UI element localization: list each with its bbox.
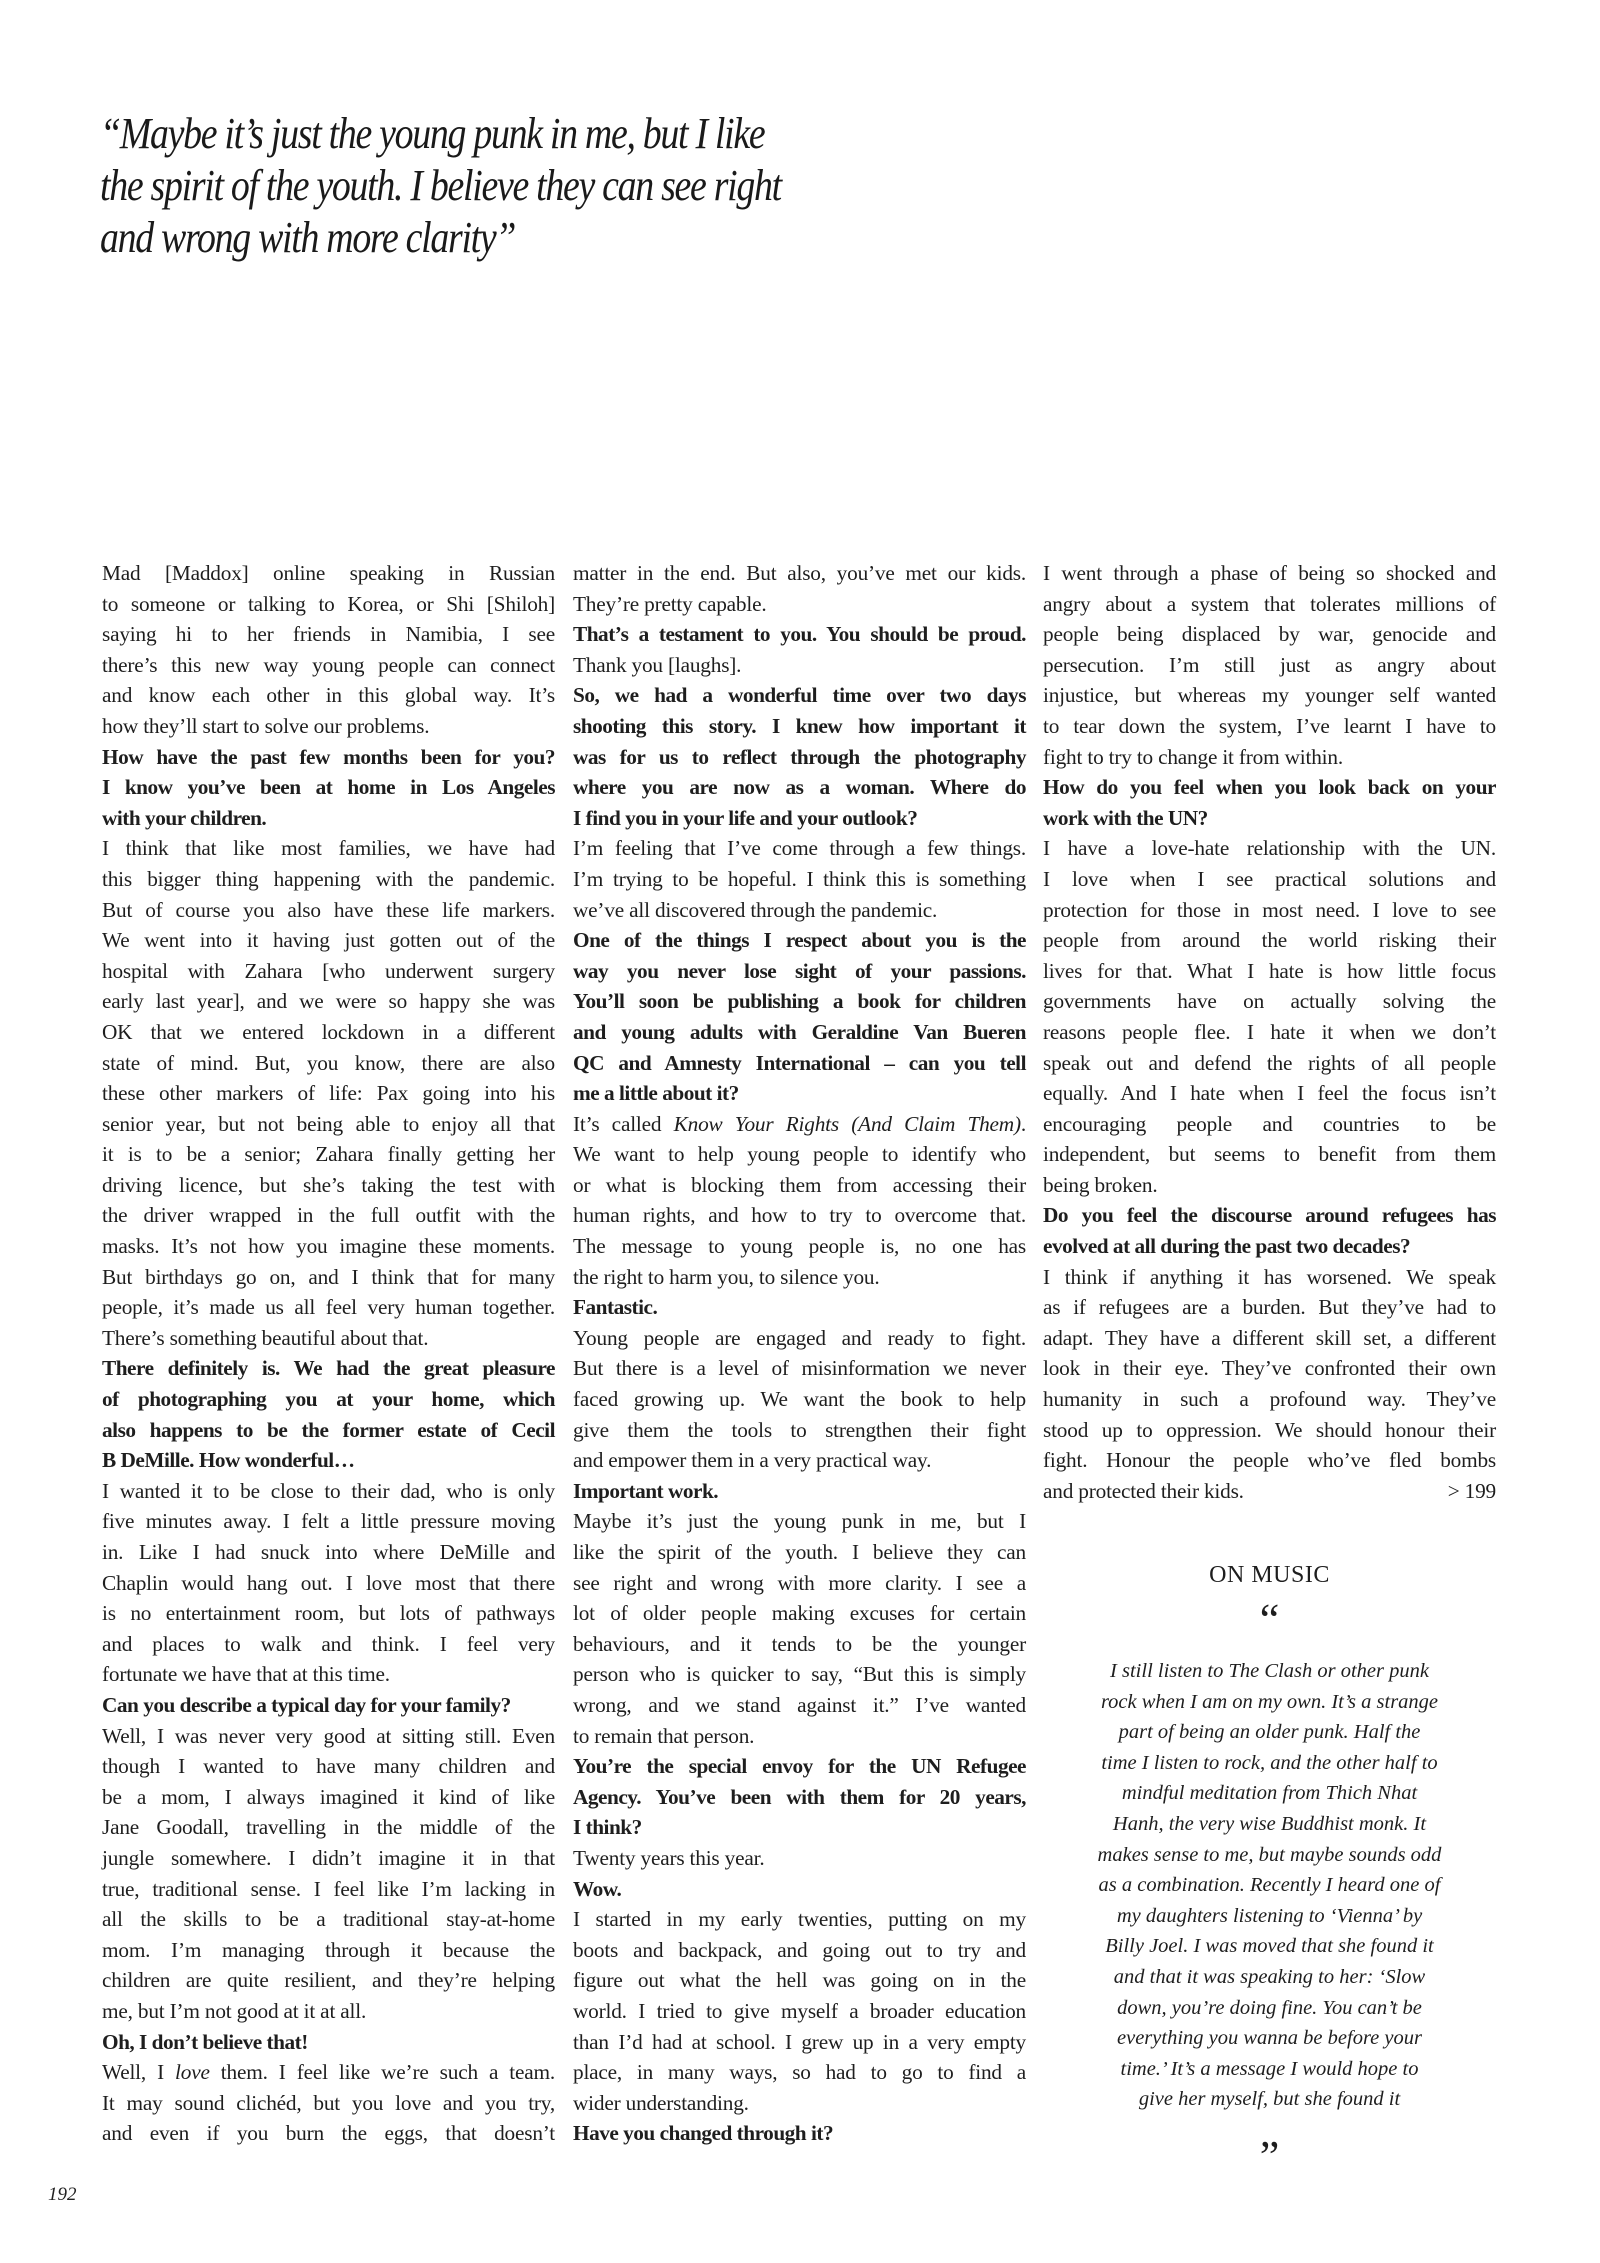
interview-answer-line: and even if you burn the eggs, that does… (102, 2118, 555, 2149)
text-run: humanity in such a profound way. They’ve (1043, 1387, 1496, 1411)
text-run: also happens to be the former estate of … (102, 1418, 555, 1442)
interview-question-line: Have you changed through it? (573, 2118, 1026, 2149)
text-run: in. Like I had snuck into where DeMille … (102, 1540, 555, 1564)
text-run: I went through a phase of being so shock… (1043, 561, 1496, 585)
text-run: look in their eye. They’ve confronted th… (1043, 1356, 1496, 1380)
text-run: Twenty years this year. (573, 1846, 764, 1870)
interview-answer-line: It may sound clichéd, but you love and y… (102, 2088, 555, 2119)
text-run: Can you describe a typical day for your … (102, 1693, 511, 1717)
interview-answer-line: protection for those in most need. I lov… (1043, 895, 1496, 926)
text-run: human rights, and how to try to overcome… (573, 1203, 1026, 1227)
text-run: There definitely is. We had the great pl… (102, 1356, 555, 1380)
interview-answer-line: behaviours, and it tends to be the young… (573, 1629, 1026, 1660)
interview-answer-line: driving licence, but she’s taking the te… (102, 1170, 555, 1201)
interview-answer-line: mom. I’m managing through it because the (102, 1935, 555, 1966)
text-run: being broken. (1043, 1173, 1158, 1197)
text-run: lives for that. What I hate is how littl… (1043, 959, 1496, 983)
sidebar-quote-line: part of being an older punk. Half the (1043, 1717, 1496, 1748)
text-run: to tear down the system, I’ve learnt I h… (1043, 714, 1496, 738)
interview-question-line: Do you feel the discourse around refugee… (1043, 1200, 1496, 1231)
interview-answer-line: place, in many ways, so had to go to fin… (573, 2057, 1026, 2088)
interview-answer-line: early last year], and we were so happy s… (102, 986, 555, 1017)
text-run: faced growing up. We want the book to he… (573, 1387, 1026, 1411)
interview-question-line: Can you describe a typical day for your … (102, 1690, 555, 1721)
interview-answer-line: fortunate we have that at this time. (102, 1659, 555, 1690)
text-run: I wanted it to be close to their dad, wh… (102, 1479, 555, 1503)
page-number: 192 (48, 2184, 77, 2206)
italic-text-run: love (175, 2060, 210, 2084)
interview-question-line: B DeMille. How wonderful… (102, 1445, 555, 1476)
interview-answer-line: senior year, but not being able to enjoy… (102, 1109, 555, 1140)
interview-answer-line: But birthdays go on, and I think that fo… (102, 1262, 555, 1293)
interview-answer-line: There’s something beautiful about that. (102, 1323, 555, 1354)
interview-answer-line: human rights, and how to try to overcome… (573, 1200, 1026, 1231)
interview-answer-line: But of course you also have these life m… (102, 895, 555, 926)
text-run: wider understanding. (573, 2091, 749, 2115)
interview-answer-line: I think if anything it has worsened. We … (1043, 1262, 1496, 1293)
text-run: Important work. (573, 1479, 718, 1503)
interview-answer-line: and places to walk and think. I feel ver… (102, 1629, 555, 1660)
article-column-1: Mad [Maddox] online speaking in Russiant… (102, 558, 555, 2149)
text-run: I’m feeling that I’ve come through a few… (573, 836, 1026, 860)
interview-answer-line: angry about a system that tolerates mill… (1043, 589, 1496, 620)
interview-question-line: of photographing you at your home, which (102, 1384, 555, 1415)
interview-question-line: with your children. (102, 803, 555, 834)
interview-answer-line: encouraging people and countries to be (1043, 1109, 1496, 1140)
text-run: state of mind. But, you know, there are … (102, 1051, 555, 1075)
sidebar-quote-line: I still listen to The Clash or other pun… (1043, 1656, 1496, 1687)
pull-quote-line: the spirit of the youth. I believe they … (100, 160, 874, 212)
text-run: person who is quicker to say, “But this … (573, 1662, 1026, 1686)
text-run: masks. It’s not how you imagine these mo… (102, 1234, 555, 1258)
interview-answer-line: true, traditional sense. I feel like I’m… (102, 1874, 555, 1905)
interview-answer-line: people being displaced by war, genocide … (1043, 619, 1496, 650)
interview-answer-line: wider understanding. (573, 2088, 1026, 2119)
text-run: Jane Goodall, travelling in the middle o… (102, 1815, 555, 1839)
interview-question-line: was for us to reflect through the photog… (573, 742, 1026, 773)
text-run: Thank you [laughs]. (573, 653, 741, 677)
interview-answer-line: these other markers of life: Pax going i… (102, 1078, 555, 1109)
interview-answer-line: five minutes away. I felt a little press… (102, 1506, 555, 1537)
text-run: and empower them in a very practical way… (573, 1448, 931, 1472)
text-run: I think that like most families, we have… (102, 836, 555, 860)
interview-answer-line: or what is blocking them from accessing … (573, 1170, 1026, 1201)
text-run: I have a love-hate relationship with the… (1043, 836, 1496, 860)
text-run: all the skills to be a traditional stay-… (102, 1907, 555, 1931)
on-music-sidebar: ON MUSIC “ I still listen to The Clash o… (1043, 1560, 1496, 2177)
interview-answer-line: in. Like I had snuck into where DeMille … (102, 1537, 555, 1568)
interview-question-line: and young adults with Geraldine Van Buer… (573, 1017, 1026, 1048)
interview-answer-line: people, it’s made us all feel very human… (102, 1292, 555, 1323)
text-run: That’s a testament to you. You should be… (573, 622, 1026, 646)
interview-answer-line: Jane Goodall, travelling in the middle o… (102, 1812, 555, 1843)
text-run: and protected their kids. (1043, 1479, 1244, 1503)
interview-answer-line: hospital with Zahara [who underwent surg… (102, 956, 555, 987)
pull-quote: “Maybe it’s just the young punk in me, b… (100, 108, 874, 264)
text-run: is no entertainment room, but lots of pa… (102, 1601, 555, 1625)
interview-answer-line: independent, but seems to benefit from t… (1043, 1139, 1496, 1170)
text-run: persecution. I’m still just as angry abo… (1043, 653, 1496, 677)
text-run: They’re pretty capable. (573, 592, 766, 616)
text-run: figure out what the hell was going on in… (573, 1968, 1026, 1992)
interview-question-line: Important work. (573, 1476, 1026, 1507)
interview-answer-line: Young people are engaged and ready to fi… (573, 1323, 1026, 1354)
interview-answer-line: governments have on actually solving the (1043, 986, 1496, 1017)
text-run: see right and wrong with more clarity. I… (573, 1571, 1026, 1595)
interview-answer-line: I have a love-hate relationship with the… (1043, 833, 1496, 864)
text-run: people being displaced by war, genocide … (1043, 622, 1496, 646)
interview-question-line: So, we had a wonderful time over two day… (573, 680, 1026, 711)
text-run: QC and Amnesty International – can you t… (573, 1051, 1026, 1075)
interview-answer-line: to tear down the system, I’ve learnt I h… (1043, 711, 1496, 742)
interview-question-line: me a little about it? (573, 1078, 1026, 1109)
text-run: senior year, but not being able to enjoy… (102, 1112, 555, 1136)
interview-answer-line: We want to help young people to identify… (573, 1139, 1026, 1170)
open-quote-mark-icon: “ (1043, 1600, 1496, 1640)
text-run: fight to try to change it from within. (1043, 745, 1343, 769)
interview-answer-line: adapt. They have a different skill set, … (1043, 1323, 1496, 1354)
text-run: Young people are engaged and ready to fi… (573, 1326, 1026, 1350)
text-run: How have the past few months been for yo… (102, 745, 555, 769)
text-run: Wow. (573, 1877, 621, 1901)
interview-answer-line: stood up to oppression. We should honour… (1043, 1415, 1496, 1446)
interview-question-line: I find you in your life and your outlook… (573, 803, 1026, 834)
text-run: But of course you also have these life m… (102, 898, 555, 922)
interview-answer-line: The message to young people is, no one h… (573, 1231, 1026, 1262)
text-run: where you are now as a woman. Where do (573, 775, 1026, 799)
text-run: people, it’s made us all feel very human… (102, 1295, 555, 1319)
interview-answer-line: all the skills to be a traditional stay-… (102, 1904, 555, 1935)
interview-answer-line: state of mind. But, you know, there are … (102, 1048, 555, 1079)
text-run: shooting this story. I knew how importan… (573, 714, 1026, 738)
sidebar-quote-line: time I listen to rock, and the other hal… (1043, 1748, 1496, 1779)
text-run: we’ve all discovered through the pandemi… (573, 898, 937, 922)
text-run: how they’ll start to solve our problems. (102, 714, 429, 738)
text-run: Mad [Maddox] online speaking in Russian (102, 561, 555, 585)
interview-question-line: Fantastic. (573, 1292, 1026, 1323)
interview-answer-line: It’s called Know Your Rights (And Claim … (573, 1109, 1026, 1140)
text-run: protection for those in most need. I lov… (1043, 898, 1496, 922)
text-run: Do you feel the discourse around refugee… (1043, 1203, 1496, 1227)
sidebar-quote-line: down, you’re doing fine. You can’t be (1043, 1993, 1496, 2024)
interview-answer-line: wrong, and we stand against it.” I’ve wa… (573, 1690, 1026, 1721)
interview-answer-line: Well, I love them. I feel like we’re suc… (102, 2057, 555, 2088)
text-run: the right to harm you, to silence you. (573, 1265, 879, 1289)
text-run: Oh, I don’t believe that! (102, 2030, 308, 2054)
interview-answer-line: speak out and defend the rights of all p… (1043, 1048, 1496, 1079)
interview-answer-line: give them the tools to strengthen their … (573, 1415, 1026, 1446)
text-run: give them the tools to strengthen their … (573, 1418, 1026, 1442)
text-run: Well, I was never very good at sitting s… (102, 1724, 555, 1748)
text-run: stood up to oppression. We should honour… (1043, 1418, 1496, 1442)
sidebar-quote-body: I still listen to The Clash or other pun… (1043, 1656, 1496, 2115)
text-run: adapt. They have a different skill set, … (1043, 1326, 1496, 1350)
interview-answer-line: figure out what the hell was going on in… (573, 1965, 1026, 1996)
interview-answer-line: and empower them in a very practical way… (573, 1445, 1026, 1476)
text-run: true, traditional sense. I feel like I’m… (102, 1877, 555, 1901)
text-run: You’ll soon be publishing a book for chi… (573, 989, 1026, 1013)
text-run: We went into it having just gotten out o… (102, 928, 555, 952)
text-run: Maybe it’s just the young punk in me, bu… (573, 1509, 1026, 1533)
text-run: independent, but seems to benefit from t… (1043, 1142, 1496, 1166)
interview-answer-line: faced growing up. We want the book to he… (573, 1384, 1026, 1415)
interview-question-line: way you never lose sight of your passion… (573, 956, 1026, 987)
interview-answer-line: They’re pretty capable. (573, 589, 1026, 620)
text-run: or what is blocking them from accessing … (573, 1173, 1026, 1197)
text-run: It’s called (573, 1112, 674, 1136)
continued-on-page-link[interactable]: > 199 (1448, 1476, 1496, 1507)
interview-answer-line: fight. Honour the people who’ve fled bom… (1043, 1445, 1496, 1476)
text-run: place, in many ways, so had to go to fin… (573, 2060, 1026, 2084)
text-run: I started in my early twenties, putting … (573, 1907, 1026, 1931)
text-run: B DeMille. How wonderful… (102, 1448, 355, 1472)
interview-answer-line: it is to be a senior; Zahara finally get… (102, 1139, 555, 1170)
text-run: though I wanted to have many children an… (102, 1754, 555, 1778)
text-run: governments have on actually solving the (1043, 989, 1496, 1013)
article-column-3: I went through a phase of being so shock… (1043, 558, 1496, 1506)
text-run: It may sound clichéd, but you love and y… (102, 2091, 555, 2115)
interview-answer-line: equally. And I hate when I feel the focu… (1043, 1078, 1496, 1109)
interview-answer-line: to remain that person. (573, 1721, 1026, 1752)
text-run: people from around the world risking the… (1043, 928, 1496, 952)
sidebar-quote-line: Hanh, the very wise Buddhist monk. It (1043, 1809, 1496, 1840)
text-run: I’m trying to be hopeful. I think this i… (573, 867, 1026, 891)
text-run: early last year], and we were so happy s… (102, 989, 555, 1013)
text-run: and know each other in this global way. … (102, 683, 555, 707)
text-run: driving licence, but she’s taking the te… (102, 1173, 555, 1197)
sidebar-quote-line: everything you wanna be before your (1043, 2023, 1496, 2054)
text-run: The message to young people is, no one h… (573, 1234, 1026, 1258)
close-quote-mark-icon: ” (1043, 2137, 1496, 2177)
interview-answer-line: being broken. (1043, 1170, 1496, 1201)
text-run: One of the things I respect about you is… (573, 928, 1026, 952)
interview-answer-line: people from around the world risking the… (1043, 925, 1496, 956)
text-run: . (1021, 1112, 1026, 1136)
interview-question-line: Oh, I don’t believe that! (102, 2027, 555, 2058)
interview-question-line: I know you’ve been at home in Los Angele… (102, 772, 555, 803)
text-run: than I’d had at school. I grew up in a v… (573, 2030, 1026, 2054)
interview-question-line: You’re the special envoy for the UN Refu… (573, 1751, 1026, 1782)
text-run: there’s this new way young people can co… (102, 653, 555, 677)
interview-answer-line: injustice, but whereas my younger self w… (1043, 680, 1496, 711)
text-run: matter in the end. But also, you’ve met … (573, 561, 1026, 585)
interview-question-line: evolved at all during the past two decad… (1043, 1231, 1496, 1262)
text-run: So, we had a wonderful time over two day… (573, 683, 1026, 707)
interview-question-line: work with the UN? (1043, 803, 1496, 834)
interview-answer-line: reasons people flee. I hate it when we d… (1043, 1017, 1496, 1048)
interview-question-line: Agency. You’ve been with them for 20 yea… (573, 1782, 1026, 1813)
text-run: world. I tried to give myself a broader … (573, 1999, 1026, 2023)
interview-answer-line: world. I tried to give myself a broader … (573, 1996, 1026, 2027)
interview-answer-line: But there is a level of misinformation w… (573, 1353, 1026, 1384)
interview-answer-line: Mad [Maddox] online speaking in Russian (102, 558, 555, 589)
text-run: fight. Honour the people who’ve fled bom… (1043, 1448, 1496, 1472)
interview-answer-line: We went into it having just gotten out o… (102, 925, 555, 956)
interview-answer-line: Well, I was never very good at sitting s… (102, 1721, 555, 1752)
interview-answer-line: Twenty years this year. (573, 1843, 1026, 1874)
interview-answer-line: matter in the end. But also, you’ve met … (573, 558, 1026, 589)
text-run: lot of older people making excuses for c… (573, 1601, 1026, 1625)
sidebar-quote-line: give her myself, but she found it (1043, 2084, 1496, 2115)
text-run: and even if you burn the eggs, that does… (102, 2121, 555, 2145)
text-run: There’s something beautiful about that. (102, 1326, 428, 1350)
interview-answer-line: I started in my early twenties, putting … (573, 1904, 1026, 1935)
text-run: this bigger thing happening with the pan… (102, 867, 555, 891)
text-run: of photographing you at your home, which (102, 1387, 555, 1411)
interview-question-line: I think? (573, 1812, 1026, 1843)
text-run: fortunate we have that at this time. (102, 1662, 390, 1686)
text-run: Fantastic. (573, 1295, 657, 1319)
interview-answer-line: is no entertainment room, but lots of pa… (102, 1598, 555, 1629)
text-run: five minutes away. I felt a little press… (102, 1509, 555, 1533)
text-run: How do you feel when you look back on yo… (1043, 775, 1496, 799)
interview-answer-line: humanity in such a profound way. They’ve (1043, 1384, 1496, 1415)
text-run: to someone or talking to Korea, or Shi [… (102, 592, 555, 616)
interview-answer-line: I went through a phase of being so shock… (1043, 558, 1496, 589)
italic-text-run: Know Your Rights (And Claim Them) (674, 1112, 1021, 1136)
sidebar-quote-line: Billy Joel. I was moved that she found i… (1043, 1931, 1496, 1962)
text-run: and places to walk and think. I feel ver… (102, 1632, 555, 1656)
interview-answer-line: like the spirit of the youth. I believe … (573, 1537, 1026, 1568)
text-run: hospital with Zahara [who underwent surg… (102, 959, 555, 983)
pull-quote-line: “Maybe it’s just the young punk in me, b… (100, 108, 874, 160)
interview-answer-line: how they’ll start to solve our problems. (102, 711, 555, 742)
sidebar-quote-line: and that it was speaking to her: ‘Slow (1043, 1962, 1496, 1993)
text-run: like the spirit of the youth. I believe … (573, 1540, 1026, 1564)
text-run: me, but I’m not good at it at all. (102, 1999, 366, 2023)
interview-answer-line: I think that like most families, we have… (102, 833, 555, 864)
interview-answer-line: boots and backpack, and going out to try… (573, 1935, 1026, 1966)
text-run: reasons people flee. I hate it when we d… (1043, 1020, 1496, 1044)
text-run: Chaplin would hang out. I love most that… (102, 1571, 555, 1595)
interview-answer-line: masks. It’s not how you imagine these mo… (102, 1231, 555, 1262)
text-run: saying hi to her friends in Namibia, I s… (102, 622, 555, 646)
text-run: I think if anything it has worsened. We … (1043, 1265, 1496, 1289)
interview-answer-line: to someone or talking to Korea, or Shi [… (102, 589, 555, 620)
interview-answer-line: children are quite resilient, and they’r… (102, 1965, 555, 1996)
interview-answer-line: Thank you [laughs]. (573, 650, 1026, 681)
text-run: I know you’ve been at home in Los Angele… (102, 775, 555, 799)
interview-answer-line: look in their eye. They’ve confronted th… (1043, 1353, 1496, 1384)
text-run: way you never lose sight of your passion… (573, 959, 1026, 983)
text-run: these other markers of life: Pax going i… (102, 1081, 555, 1105)
text-run: Agency. You’ve been with them for 20 yea… (573, 1785, 1026, 1809)
interview-answer-line: and know each other in this global way. … (102, 680, 555, 711)
sidebar-quote-line: makes sense to me, but maybe sounds odd (1043, 1840, 1496, 1871)
text-run: OK that we entered lockdown in a differe… (102, 1020, 555, 1044)
interview-answer-line: there’s this new way young people can co… (102, 650, 555, 681)
interview-answer-line: lives for that. What I hate is how littl… (1043, 956, 1496, 987)
text-run: wrong, and we stand against it.” I’ve wa… (573, 1693, 1026, 1717)
interview-answer-line: I’m trying to be hopeful. I think this i… (573, 864, 1026, 895)
interview-answer-line: persecution. I’m still just as angry abo… (1043, 650, 1496, 681)
interview-question-line: QC and Amnesty International – can you t… (573, 1048, 1026, 1079)
interview-answer-line: the driver wrapped in the full outfit wi… (102, 1200, 555, 1231)
text-run: I love when I see practical solutions an… (1043, 867, 1496, 891)
interview-answer-line: Chaplin would hang out. I love most that… (102, 1568, 555, 1599)
interview-question-line: where you are now as a woman. Where do (573, 772, 1026, 803)
text-run: boots and backpack, and going out to try… (573, 1938, 1026, 1962)
text-run: evolved at all during the past two decad… (1043, 1234, 1410, 1258)
article-column-2: matter in the end. But also, you’ve met … (573, 558, 1026, 2149)
interview-question-line: That’s a testament to you. You should be… (573, 619, 1026, 650)
interview-answer-line: be a mom, I always imagined it kind of l… (102, 1782, 555, 1813)
interview-question-line: How have the past few months been for yo… (102, 742, 555, 773)
text-run: as if refugees are a burden. But they’ve… (1043, 1295, 1496, 1319)
text-run: Have you changed through it? (573, 2121, 833, 2145)
text-run: But birthdays go on, and I think that fo… (102, 1265, 555, 1289)
interview-answer-line: fight to try to change it from within. (1043, 742, 1496, 773)
text-run: and young adults with Geraldine Van Buer… (573, 1020, 1026, 1044)
text-run: to remain that person. (573, 1724, 754, 1748)
interview-answer-line: see right and wrong with more clarity. I… (573, 1568, 1026, 1599)
text-run: I think? (573, 1815, 642, 1839)
interview-answer-line: though I wanted to have many children an… (102, 1751, 555, 1782)
interview-answer-line: lot of older people making excuses for c… (573, 1598, 1026, 1629)
interview-question-line: How do you feel when you look back on yo… (1043, 772, 1496, 803)
text-run: them. I feel like we’re such a team. (210, 2060, 555, 2084)
interview-question-line: There definitely is. We had the great pl… (102, 1353, 555, 1384)
text-run: me a little about it? (573, 1081, 739, 1105)
interview-question-line: One of the things I respect about you is… (573, 925, 1026, 956)
text-run: it is to be a senior; Zahara finally get… (102, 1142, 555, 1166)
text-run: work with the UN? (1043, 806, 1208, 830)
sidebar-quote-line: my daughters listening to ‘Vienna’ by (1043, 1901, 1496, 1932)
text-run: children are quite resilient, and they’r… (102, 1968, 555, 1992)
interview-answer-line: person who is quicker to say, “But this … (573, 1659, 1026, 1690)
sidebar-quote-line: as a combination. Recently I heard one o… (1043, 1870, 1496, 1901)
interview-question-line: Wow. (573, 1874, 1026, 1905)
interview-answer-line: Maybe it’s just the young punk in me, bu… (573, 1506, 1026, 1537)
interview-answer-line: jungle somewhere. I didn’t imagine it in… (102, 1843, 555, 1874)
text-run: jungle somewhere. I didn’t imagine it in… (102, 1846, 555, 1870)
interview-question-line: You’ll soon be publishing a book for chi… (573, 986, 1026, 1017)
sidebar-quote-line: mindful meditation from Thich Nhat (1043, 1778, 1496, 1809)
interview-question-line: shooting this story. I knew how importan… (573, 711, 1026, 742)
text-run: with your children. (102, 806, 266, 830)
sidebar-title: ON MUSIC (1043, 1560, 1496, 1590)
interview-answer-line: as if refugees are a burden. But they’ve… (1043, 1292, 1496, 1323)
interview-answer-line: this bigger thing happening with the pan… (102, 864, 555, 895)
interview-answer-line: I’m feeling that I’ve come through a few… (573, 833, 1026, 864)
interview-answer-line: the right to harm you, to silence you. (573, 1262, 1026, 1293)
text-run: encouraging people and countries to be (1043, 1112, 1496, 1136)
text-run: behaviours, and it tends to be the young… (573, 1632, 1026, 1656)
interview-answer-line: me, but I’m not good at it at all. (102, 1996, 555, 2027)
text-run: the driver wrapped in the full outfit wi… (102, 1203, 555, 1227)
text-run: You’re the special envoy for the UN Refu… (573, 1754, 1026, 1778)
interview-answer-line: saying hi to her friends in Namibia, I s… (102, 619, 555, 650)
text-run: speak out and defend the rights of all p… (1043, 1051, 1496, 1075)
text-run: angry about a system that tolerates mill… (1043, 592, 1496, 616)
interview-answer-line: OK that we entered lockdown in a differe… (102, 1017, 555, 1048)
interview-answer-line: than I’d had at school. I grew up in a v… (573, 2027, 1026, 2058)
sidebar-quote-line: rock when I am on my own. It’s a strange (1043, 1687, 1496, 1718)
text-run: We want to help young people to identify… (573, 1142, 1026, 1166)
text-run: be a mom, I always imagined it kind of l… (102, 1785, 555, 1809)
interview-answer-line: I wanted it to be close to their dad, wh… (102, 1476, 555, 1507)
interview-answer-line: and protected their kids.> 199 (1043, 1476, 1496, 1507)
interview-answer-line: we’ve all discovered through the pandemi… (573, 895, 1026, 926)
text-run: equally. And I hate when I feel the focu… (1043, 1081, 1496, 1105)
text-run: mom. I’m managing through it because the (102, 1938, 555, 1962)
text-run: Well, I (102, 2060, 175, 2084)
interview-question-line: also happens to be the former estate of … (102, 1415, 555, 1446)
text-run: I find you in your life and your outlook… (573, 806, 917, 830)
text-run: But there is a level of misinformation w… (573, 1356, 1026, 1380)
sidebar-quote-line: time.’ It’s a message I would hope to (1043, 2054, 1496, 2085)
text-run: injustice, but whereas my younger self w… (1043, 683, 1496, 707)
